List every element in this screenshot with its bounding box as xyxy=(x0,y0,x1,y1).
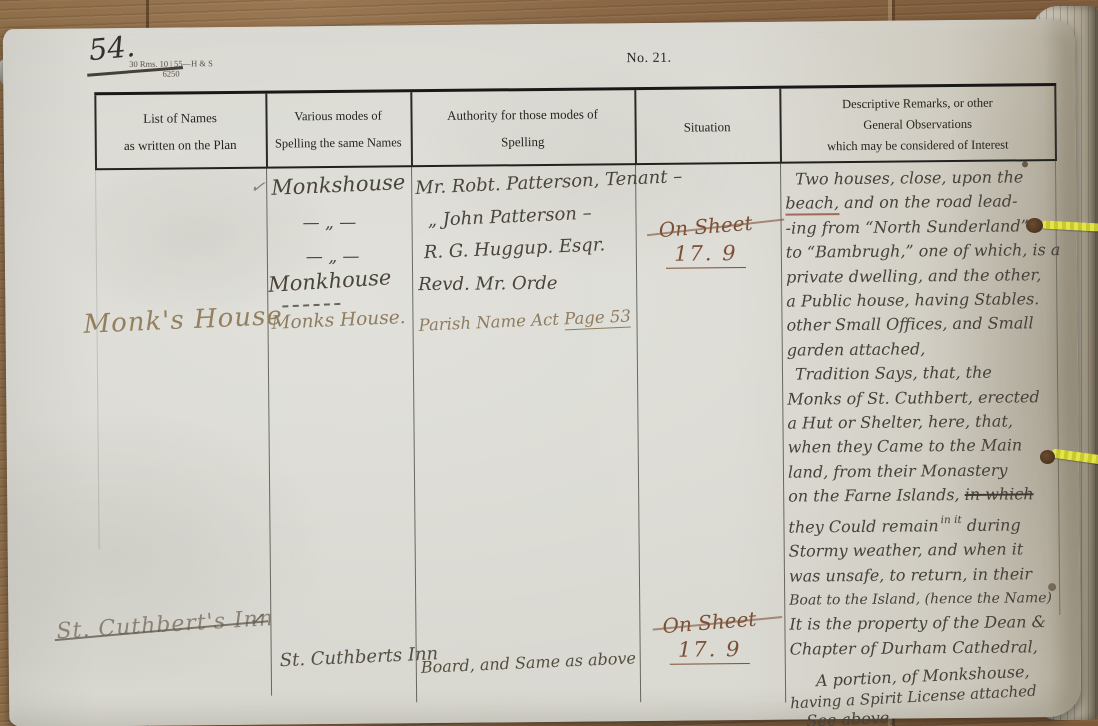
header-line: Spelling the same Names xyxy=(275,129,402,157)
authority-text: Parish Name Act xyxy=(418,309,564,334)
column-header-names: List of Names as written on the Plan xyxy=(94,94,266,170)
scanned-book-photo: { "document": { "page_number": "54.", "p… xyxy=(0,0,1098,726)
remarks-line: Tradition Says, that, the xyxy=(787,360,1059,387)
situation-sheet-number: 17. 9 xyxy=(670,637,750,665)
remarks-line: Boat to the Island, (hence the Name) xyxy=(789,586,1061,613)
column-divider-body xyxy=(411,166,417,702)
header-line: Various modes of xyxy=(294,103,382,131)
paper-speck xyxy=(1022,161,1028,167)
situation-sheet-number: 17. 9 xyxy=(666,241,746,269)
remarks-line: Chapter of Durham Cathedral, xyxy=(790,635,1062,662)
underlined-word: beach, xyxy=(785,194,839,217)
remarks-line: other Small Offices, and Small xyxy=(786,311,1058,338)
remarks-line: to “Bambrugh,” one of which, is a xyxy=(786,238,1058,265)
ditto-mark: — „ — xyxy=(306,247,360,268)
remarks-line: Monks of St. Cuthbert, erected xyxy=(787,385,1059,412)
struck-out-words: in which xyxy=(965,485,1034,505)
column-header-spelling: Various modes of Spelling the same Names xyxy=(265,92,411,167)
authority-entry: Mr. Robt. Patterson, Tenant – xyxy=(415,166,683,199)
remarks-line: was unsafe, to return, in their xyxy=(789,562,1061,589)
authority-page-ref: Page 53 xyxy=(564,306,632,330)
remarks-line: Stormy weather, and when it xyxy=(789,537,1061,564)
remarks-line: -ing from “North Sunderland” xyxy=(786,214,1058,241)
header-line: Authority for those modes of xyxy=(447,100,598,128)
remarks-text: Two houses, close, upon the beach, and o… xyxy=(785,165,1062,726)
remarks-line-text: on the Farne Islands, xyxy=(788,485,965,506)
header-line: Situation xyxy=(684,113,731,140)
spelling-entry: Monks House. xyxy=(271,307,406,334)
column-divider-body xyxy=(95,169,100,549)
print-reference: 30 Rms. 10 | 55—H & S 6250 xyxy=(101,58,241,79)
remarks-line: land, from their Monastery xyxy=(788,458,1060,485)
tie-grommet xyxy=(1040,450,1055,464)
name-entry-st-cuthberts-inn: St. Cuthbert's Inn xyxy=(56,606,275,644)
spelling-entry: St. Cuthberts Inn xyxy=(279,643,438,671)
tie-grommet xyxy=(1026,218,1043,233)
column-divider-body xyxy=(635,164,641,702)
remarks-line: on the Farne Islands, in which xyxy=(788,482,1060,509)
header-line: List of Names xyxy=(143,104,217,132)
remarks-line: garden attached, xyxy=(787,336,1059,363)
remarks-line: when they Came to the Main xyxy=(788,434,1060,461)
authority-entry: R. G. Huggup. Esqr. xyxy=(423,234,605,263)
spelling-entry: Monkshouse xyxy=(271,170,406,200)
column-header-authority: Authority for those modes of Spelling xyxy=(410,90,635,166)
remarks-line: private dwelling, and the other, xyxy=(786,263,1058,290)
inserted-words: in it xyxy=(941,514,962,526)
remarks-line: Two houses, close, upon the xyxy=(785,165,1057,192)
remarks-line: It is the property of the Dean & xyxy=(789,610,1061,637)
remarks-line: beach, and on the road lead- xyxy=(785,189,1057,216)
paper-speck xyxy=(1048,583,1056,591)
print-reference-line2: 6250 xyxy=(101,68,241,79)
dashed-underline xyxy=(282,303,340,308)
record-page: 54. 30 Rms. 10 | 55—H & S 6250 No. 21. L… xyxy=(3,19,1082,726)
authority-entry: „ John Patterson – xyxy=(427,203,592,231)
check-mark: ✓ xyxy=(248,609,264,631)
column-header-situation: Situation xyxy=(634,89,780,164)
remarks-line-text: and on the road lead- xyxy=(839,192,1018,213)
authority-entry: Revd. Mr. Orde xyxy=(418,273,558,295)
remarks-line-text: they Could remain xyxy=(788,516,938,536)
header-line: which may be considered of Interest xyxy=(827,134,1009,157)
header-line: Descriptive Remarks, or other xyxy=(842,92,993,114)
remarks-line: they Could remainin it during xyxy=(788,507,1060,540)
column-header-remarks: Descriptive Remarks, or other General Ob… xyxy=(779,86,1056,163)
remarks-line: a Hut or Shelter, here, that, xyxy=(787,409,1059,436)
header-line: General Observations xyxy=(863,113,972,135)
name-entry-monks-house: Monk's House xyxy=(83,301,283,340)
document-number: No. 21. xyxy=(549,50,749,68)
ditto-mark: — „ — xyxy=(302,213,356,234)
remarks-line-text: during xyxy=(962,515,1021,535)
authority-entry: Board, and Same as above xyxy=(420,648,636,677)
check-mark: ✓ xyxy=(249,176,267,199)
spelling-entry: Monkhouse xyxy=(267,265,392,297)
remarks-line: a Public house, having Stables. xyxy=(786,287,1058,314)
header-line: Spelling xyxy=(501,128,545,155)
authority-entry: Parish Name Act Page 53 xyxy=(418,306,631,334)
header-line: as written on the Plan xyxy=(124,131,237,159)
